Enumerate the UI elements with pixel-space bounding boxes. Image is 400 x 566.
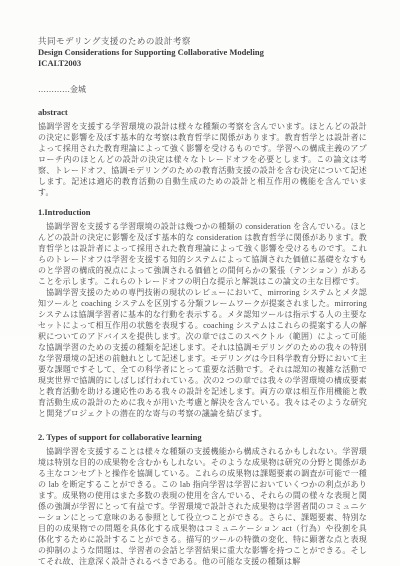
- introduction-paragraph-1: 協調学習を支援する学習環境の設計は幾つかの種類の consideration を…: [38, 221, 367, 287]
- section2-paragraph-1: 協調学習を支援することは様々な種類の支援機能から構成されるかもしれない。学習環境…: [38, 446, 367, 566]
- introduction-paragraph-2: 協調学習支援のための専門技術の現状のレビューにおいて、mirroring システ…: [38, 287, 367, 419]
- abstract-heading: abstract: [38, 107, 367, 118]
- abstract-paragraph: 協調学習を支援する学習環境の設計は様々な種類の考察を含んでいます。ほとんどの設計…: [38, 121, 367, 198]
- conference-name: ICALT2003: [38, 58, 367, 69]
- document-page: 共同モデリング支援のための設計考察 Design Considerations …: [0, 0, 400, 566]
- title-block: 共同モデリング支援のための設計考察 Design Considerations …: [38, 36, 367, 69]
- document-title-english: Design Considerations for Supporting Col…: [38, 47, 367, 58]
- section2-heading: 2. Types of support for collaborative le…: [38, 432, 367, 443]
- introduction-heading: 1.Introduction: [38, 207, 367, 218]
- author-line: …………金城: [38, 84, 367, 95]
- document-title-japanese: 共同モデリング支援のための設計考察: [38, 36, 367, 47]
